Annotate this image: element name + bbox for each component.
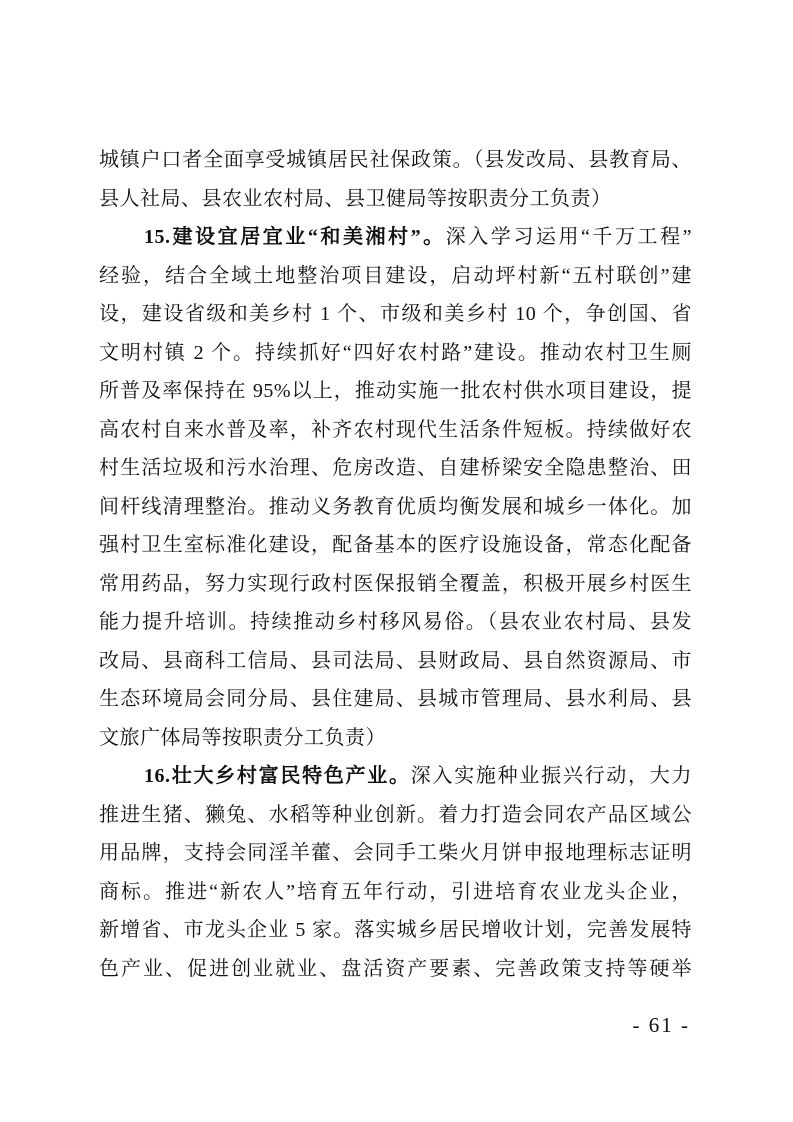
text-run: 强村卫生室标准化建设，配备基本的医疗设施设备，常态化配备 bbox=[99, 534, 692, 556]
text-run: 色产业、促进创业就业、盘活资产要素、完善政策支持等硬举措， bbox=[99, 958, 692, 989]
page-number: - 61 - bbox=[633, 1010, 691, 1040]
text-run: 文旅广体局等按职责分工负责） bbox=[99, 727, 386, 749]
text-line: 改局、县商科工信局、县司法局、县财政局、县自然资源局、市 bbox=[99, 642, 692, 681]
text-line: 色产业、促进创业就业、盘活资产要素、完善政策支持等硬举措， bbox=[99, 950, 692, 989]
text-run: 县人社局、县农业农村局、县卫健局等按职责分工负责） bbox=[99, 188, 612, 210]
document-body: 城镇户口者全面享受城镇居民社保政策。（县发改局、县教育局、县人社局、县农业农村局… bbox=[99, 141, 692, 988]
text-run: 生态环境局会同分局、县住建局、县城市管理局、县水利局、县 bbox=[99, 688, 692, 710]
text-run: 所普及率保持在 95%以上，推动实施一批农村供水项目建设，提 bbox=[99, 380, 692, 402]
text-line: 15.建设宜居宜业“和美湘村”。深入学习运用“千万工程” bbox=[99, 218, 692, 257]
text-run: 能力提升培训。持续推动乡村移风易俗。（县农业农村局、县发 bbox=[99, 611, 692, 633]
text-line: 县人社局、县农业农村局、县卫健局等按职责分工负责） bbox=[99, 180, 692, 219]
text-run: 深入实施种业振兴行动，大力 bbox=[411, 765, 692, 787]
text-run: 经验，结合全域土地整治项目建设，启动坪村新“五村联创”建 bbox=[99, 265, 692, 287]
text-run: 改局、县商科工信局、县司法局、县财政局、县自然资源局、市 bbox=[99, 650, 692, 672]
text-line: 间杆线清理整治。推动义务教育优质均衡发展和城乡一体化。加 bbox=[99, 488, 692, 527]
text-line: 经验，结合全域土地整治项目建设，启动坪村新“五村联创”建 bbox=[99, 257, 692, 296]
text-run: 常用药品，努力实现行政村医保报销全覆盖，积极开展乡村医生 bbox=[99, 573, 692, 595]
text-line: 生态环境局会同分局、县住建局、县城市管理局、县水利局、县 bbox=[99, 680, 692, 719]
text-run: 高农村自来水普及率，补齐农村现代生活条件短板。持续做好农 bbox=[99, 419, 692, 441]
text-run: 间杆线清理整治。推动义务教育优质均衡发展和城乡一体化。加 bbox=[99, 496, 692, 518]
text-run: 设，建设省级和美乡村 1 个、市级和美乡村 10 个，争创国、省 bbox=[99, 303, 692, 325]
text-run: 村生活垃圾和污水治理、危房改造、自建桥梁安全隐患整治、田 bbox=[99, 457, 692, 479]
text-line: 文明村镇 2 个。持续抓好“四好农村路”建设。推动农村卫生厕 bbox=[99, 334, 692, 373]
text-run: 城镇户口者全面享受城镇居民社保政策。（县发改局、县教育局、 bbox=[99, 149, 692, 171]
text-line: 常用药品，努力实现行政村医保报销全覆盖，积极开展乡村医生 bbox=[99, 565, 692, 604]
text-line: 高农村自来水普及率，补齐农村现代生活条件短板。持续做好农 bbox=[99, 411, 692, 450]
text-line: 设，建设省级和美乡村 1 个、市级和美乡村 10 个，争创国、省 bbox=[99, 295, 692, 334]
text-run: 推进生猪、獭兔、水稻等种业创新。着力打造会同农产品区域公 bbox=[99, 804, 692, 826]
text-line: 能力提升培训。持续推动乡村移风易俗。（县农业农村局、县发 bbox=[99, 603, 692, 642]
text-line: 商标。推进“新农人”培育五年行动，引进培育农业龙头企业， bbox=[99, 873, 692, 912]
text-line: 新增省、市龙头企业 5 家。落实城乡居民增收计划，完善发展特 bbox=[99, 911, 692, 950]
document-page: 城镇户口者全面享受城镇居民社保政策。（县发改局、县教育局、县人社局、县农业农村局… bbox=[0, 0, 793, 1122]
text-line: 用品牌，支持会同淫羊藿、会同手工柴火月饼申报地理标志证明 bbox=[99, 834, 692, 873]
text-run: 文明村镇 2 个。持续抓好“四好农村路”建设。推动农村卫生厕 bbox=[99, 342, 692, 364]
text-line: 推进生猪、獭兔、水稻等种业创新。着力打造会同农产品区域公 bbox=[99, 796, 692, 835]
text-run: 商标。推进“新农人”培育五年行动，引进培育农业龙头企业， bbox=[99, 881, 692, 903]
text-line: 16.壮大乡村富民特色产业。深入实施种业振兴行动，大力 bbox=[99, 757, 692, 796]
text-run: 用品牌，支持会同淫羊藿、会同手工柴火月饼申报地理标志证明 bbox=[99, 842, 692, 864]
text-line: 城镇户口者全面享受城镇居民社保政策。（县发改局、县教育局、 bbox=[99, 141, 692, 180]
text-line: 强村卫生室标准化建设，配备基本的医疗设施设备，常态化配备 bbox=[99, 526, 692, 565]
section-heading-run: 15.建设宜居宜业“和美湘村”。 bbox=[144, 226, 446, 248]
text-line: 文旅广体局等按职责分工负责） bbox=[99, 719, 692, 758]
text-line: 村生活垃圾和污水治理、危房改造、自建桥梁安全隐患整治、田 bbox=[99, 449, 692, 488]
section-heading-run: 16.壮大乡村富民特色产业。 bbox=[144, 765, 411, 787]
text-run: 新增省、市龙头企业 5 家。落实城乡居民增收计划，完善发展特 bbox=[99, 919, 692, 941]
text-line: 所普及率保持在 95%以上，推动实施一批农村供水项目建设，提 bbox=[99, 372, 692, 411]
text-run: 深入学习运用“千万工程” bbox=[446, 226, 692, 248]
